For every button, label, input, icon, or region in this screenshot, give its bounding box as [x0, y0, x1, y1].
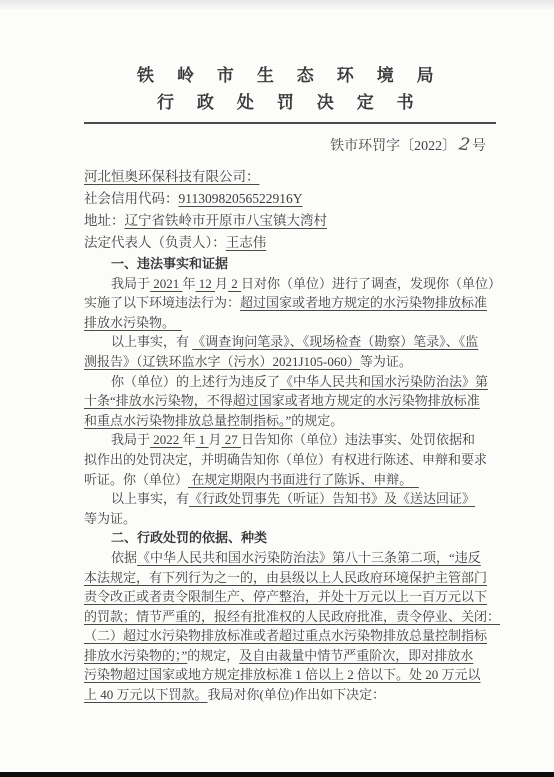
doc-line: 的罚款；情节严重的，报经有批准权的人民政府批准，责令停业、关闭： — [84, 607, 496, 627]
doc-line: 我局于 2022 年 1 月 27 日告知你（单位）违法事实、处罚依据和 — [84, 430, 496, 450]
legal-rep-line: 法定代表人（负责人）：王志伟 — [84, 232, 496, 254]
text: 我局于 — [111, 432, 150, 447]
underlined-text: 排放水污染物。 — [84, 315, 182, 330]
underlined-text: 王志伟 — [226, 235, 267, 250]
text: 等为证。 — [360, 354, 412, 369]
doc-line: 以上事实，有《行政处罚事先（听证）告知书》及《送达回证》 — [84, 489, 496, 509]
text: 法定代表人（负责人）： — [84, 235, 226, 250]
underlined-text: 污染物超过国家或地方规定排放标准 1 倍以上 2 倍以下。处 20 万元以 — [84, 667, 481, 682]
text: 我局于 — [111, 276, 150, 291]
text: 听证。你（单位） — [84, 472, 188, 487]
issuing-authority-title: 铁 岭 市 生 态 环 境 局 — [84, 64, 496, 88]
underlined-text: 超过国家或者地方规定的水污染物排放标准 — [240, 295, 487, 310]
underlined-text: 12 — [196, 276, 216, 291]
text: 年 — [183, 432, 196, 447]
doc-line: 等为证。 — [84, 509, 496, 529]
underlined-text: （二）超过水污染物排放标准或者超过重点水污染物排放总量控制指标 — [84, 628, 487, 643]
underlined-text: 辽宁省铁岭市开原市八宝镇大湾村 — [125, 213, 328, 228]
document-number-prefix: 铁市环罚字〔2022〕 — [330, 139, 456, 154]
doc-line: 排放水污染物的；”的规定，及自由裁量中情节严重阶次，即对排放水 — [84, 646, 496, 666]
doc-line: 以上事实，有 《调查询问笔录》、《现场检查（勘察）笔录》、《监 — [84, 332, 496, 352]
doc-line: 你（单位）的上述行为违反了《中华人民共和国水污染防治法》第 — [84, 372, 496, 392]
document-number-line: 铁市环罚字〔2022〕2号 — [84, 136, 496, 156]
underlined-text: 测报告》（辽铁环监水字（污水）2021J105-060） — [84, 354, 360, 369]
doc-line: （二）超过水污染物排放标准或者超过重点水污染物排放总量控制指标 — [84, 626, 496, 646]
underlined-text: 《中华人民共和国水污染防治法》第八十三条第二项，“违反 — [137, 550, 481, 565]
text: 地址： — [84, 213, 125, 228]
doc-line: 排放水污染物。 — [84, 313, 496, 333]
underlined-text: 27 — [222, 432, 242, 447]
underlined-text: 的罚款；情节严重的，报经有批准权的人民政府批准，责令停业、关闭： — [84, 609, 500, 624]
underlined-text: 本法规定，有下列行为之一的，由县级以上人民政府环境保护主管部门 — [84, 570, 487, 585]
underlined-text: 《调查询问笔录》、《现场检查（勘察）笔录》、《监 — [192, 334, 478, 349]
text: 你（单位）的上述行为违反了 — [111, 374, 280, 389]
text: 月 — [209, 432, 222, 447]
document-content: 铁 岭 市 生 态 环 境 局 行 政 处 罚 决 定 书 铁市环罚字〔2022… — [84, 0, 496, 705]
underlined-text: 河北恒奥环保科技有限公司： — [84, 169, 260, 184]
doc-line: 十条“排放水污染物，不得超过国家或者地方规定的水污染物排放标准 — [84, 391, 496, 411]
doc-line: 和重点水污染物排放总量控制指标。”的规定。 — [84, 411, 496, 431]
scanned-document-page: 铁 岭 市 生 态 环 境 局 行 政 处 罚 决 定 书 铁市环罚字〔2022… — [0, 0, 554, 777]
text: 实施了以下环境违法行为： — [84, 295, 240, 310]
doc-line: 依据《中华人民共和国水污染防治法》第八十三条第二项，“违反 — [84, 548, 496, 568]
text: 年 — [183, 276, 196, 291]
underlined-text: 《行政处罚事先（听证）告知书》及《送达回证》 — [189, 491, 475, 506]
doc-line: 测报告》（辽铁环监水字（污水）2021J105-060）等为证。 — [84, 352, 496, 372]
doc-line: 听证。你（单位） 在规定期限内书面进行了陈诉、申辩。 — [84, 470, 496, 490]
text: 等为证。 — [84, 511, 136, 526]
text: 月 — [215, 276, 228, 291]
recipient-line: 河北恒奥环保科技有限公司： — [84, 166, 496, 188]
text: 二、行政处罚的依据、种类 — [111, 530, 267, 545]
underlined-text: 责令改正或者责令限制生产、停产整治，并处十万元以上一百万元以下 — [84, 589, 487, 604]
underlined-text: 排放水污染物的；” — [84, 648, 187, 663]
document-number-handwritten-digit: 2 — [458, 135, 471, 155]
doc-line: 责令改正或者责令限制生产、停产整治，并处十万元以上一百万元以下 — [84, 587, 496, 607]
underlined-text: 及自由裁量中情节严重阶次，即对排放水 — [239, 648, 473, 663]
text: 日对你（单位）进行了调查，发现你（单位） — [241, 276, 501, 291]
text: 以上事实，有 — [111, 334, 192, 349]
text: 拟作出的处罚决定，并明确告知你（单位）有权进行陈述、申辩和要求 — [84, 452, 487, 467]
document-number-suffix: 号 — [472, 139, 486, 154]
underlined-text: 1 — [196, 432, 209, 447]
text: 的规定， — [187, 648, 239, 663]
document-type-title: 行 政 处 罚 决 定 书 — [84, 91, 496, 115]
section-2-heading: 二、行政处罚的依据、种类 — [84, 528, 496, 548]
doc-line: 本法规定，有下列行为之一的，由县级以上人民政府环境保护主管部门 — [84, 568, 496, 588]
text: 社会信用代码： — [84, 191, 179, 206]
underlined-text: 在规定期限内书面进行了陈诉、申辩。 — [188, 472, 419, 487]
header-divider-rule — [84, 122, 496, 124]
underlined-text: 十条“排放水污染物，不得超过国家或者地方规定的水污染物排放标准 — [84, 393, 480, 408]
doc-line: 污染物超过国家或地方规定排放标准 1 倍以上 2 倍以下。处 20 万元以 — [84, 665, 496, 685]
underlined-text: 2022 — [150, 432, 183, 447]
doc-line: 我局于 2021 年 12 月 2 日对你（单位）进行了调查，发现你（单位） — [84, 274, 496, 294]
text: 一、违法事实和证据 — [111, 256, 228, 271]
underlined-text: 2021 — [150, 276, 183, 291]
scan-edge-bottom — [0, 772, 554, 777]
address-line: 地址：辽宁省铁岭市开原市八宝镇大湾村 — [84, 210, 496, 232]
document-body: 河北恒奥环保科技有限公司：社会信用代码：91130982056522916Y地址… — [84, 166, 496, 705]
text: 的规定。 — [291, 413, 343, 428]
credit-code-line: 社会信用代码：91130982056522916Y — [84, 188, 496, 210]
doc-line: 拟作出的处罚决定，并明确告知你（单位）有权进行陈述、申辩和要求 — [84, 450, 496, 470]
underlined-text: 《中华人民共和国水污染防治法》第 — [280, 374, 488, 389]
text: 日告知你（单位）违法事实、处罚依据和 — [241, 432, 475, 447]
underlined-text: 和重点水污染物排放总量控制指标。” — [84, 413, 291, 428]
underlined-text: 2 — [228, 276, 241, 291]
text: 我局对你(单位)作出如下决定： — [208, 687, 386, 702]
doc-line: 实施了以下环境违法行为：超过国家或者地方规定的水污染物排放标准 — [84, 293, 496, 313]
section-1-heading: 一、违法事实和证据 — [84, 254, 496, 274]
text: 依据 — [111, 550, 137, 565]
doc-line: 上 40 万元以下罚款。我局对你(单位)作出如下决定： — [84, 685, 496, 705]
underlined-text: 上 40 万元以下罚款。 — [84, 687, 208, 702]
underlined-text: 91130982056522916Y — [179, 191, 303, 206]
text: 以上事实，有 — [111, 491, 189, 506]
